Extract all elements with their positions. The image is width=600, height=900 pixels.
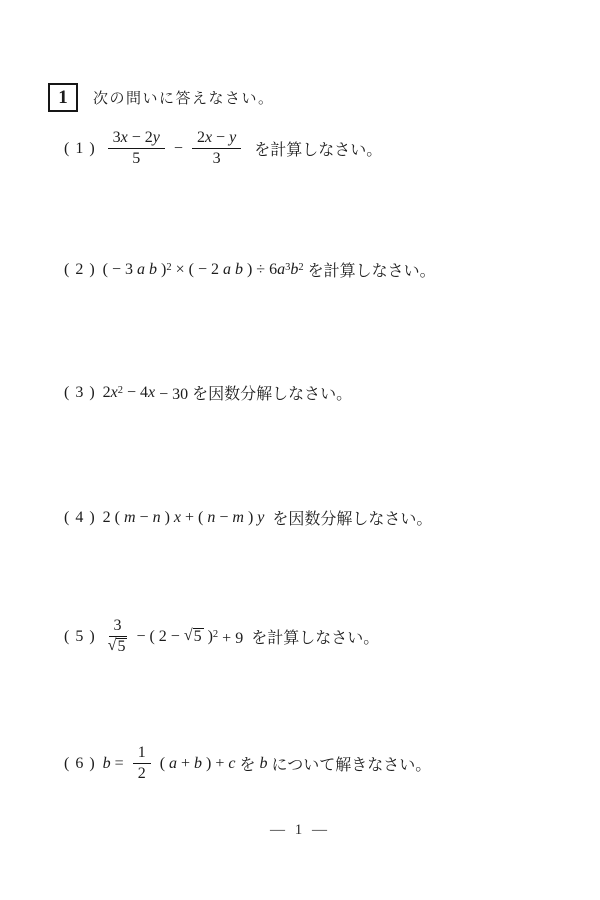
math-text: について解きなさい。 <box>268 752 432 775</box>
section-number-box: 1 <box>48 83 78 112</box>
math-square-root: √5 <box>108 638 128 656</box>
math-text: − 4 <box>123 384 148 402</box>
math-variable: x <box>174 509 181 527</box>
math-text: − ( 2 − <box>132 628 183 646</box>
math-variable: m <box>232 509 244 527</box>
math-text: 2 ( <box>103 509 124 527</box>
problem-number: ( 5 ) <box>64 628 96 646</box>
math-variable: x <box>111 384 118 402</box>
math-variable: x <box>148 384 155 402</box>
math-text: ) <box>161 509 174 527</box>
problem-expression: 2 ( m − n ) x + ( n − m ) y を因数分解しなさい。 <box>103 506 433 529</box>
problem-expression: ( − 3 a b )2 × ( − 2 a b ) ÷ 6a3b2 を計算しな… <box>103 258 436 281</box>
math-variable: n <box>153 509 161 527</box>
math-fraction: 2x − y3 <box>192 129 241 169</box>
problem-number: ( 3 ) <box>64 384 96 402</box>
math-text: 2 <box>103 384 111 402</box>
math-variable: b <box>194 755 202 773</box>
math-variable: y <box>153 129 160 147</box>
math-text: − <box>212 129 229 147</box>
page-number: — 1 — <box>0 822 600 839</box>
math-text: 5 <box>132 150 140 168</box>
math-text: ) ÷ 6 <box>243 261 277 279</box>
fraction-numerator: 1 <box>133 744 151 764</box>
math-text: 3 <box>113 129 121 147</box>
radical-sign: √ <box>184 628 193 645</box>
math-variable: m <box>124 509 136 527</box>
math-text: − 30 を因数分解しなさい。 <box>155 381 352 404</box>
math-variable: x <box>205 129 212 147</box>
math-text: − <box>170 140 187 158</box>
math-variable: y <box>257 509 264 527</box>
math-text: 3 <box>213 150 221 168</box>
math-variable: a <box>137 261 145 279</box>
math-text: + <box>177 755 194 773</box>
fraction-numerator: 3x − 2y <box>108 129 165 149</box>
math-text: 2 <box>138 765 146 783</box>
math-square-root: √5 <box>184 628 204 646</box>
math-variable: b <box>235 261 243 279</box>
radicand: 5 <box>193 628 204 646</box>
math-text: + ( <box>181 509 207 527</box>
math-text: 2 <box>197 129 205 147</box>
problem-row: ( 6 )b = 12 ( a + b ) + c を b について解きなさい。 <box>64 744 431 784</box>
math-text: を因数分解しなさい。 <box>264 506 432 529</box>
math-text: ( − 3 <box>103 261 137 279</box>
math-text: 3 <box>114 617 122 635</box>
math-variable: b <box>103 755 111 773</box>
fraction-denominator: 5 <box>132 149 140 168</box>
problem-expression: 3√5 − ( 2 − √5 )2 + 9 を計算しなさい。 <box>103 617 380 656</box>
problem-row: ( 5 )3√5 − ( 2 − √5 )2 + 9 を計算しなさい。 <box>64 617 379 656</box>
math-text: = <box>111 755 128 773</box>
problem-number: ( 2 ) <box>64 261 96 279</box>
radicand: 5 <box>116 638 127 656</box>
math-variable: n <box>207 509 215 527</box>
math-text: − <box>136 509 153 527</box>
problem-number: ( 1 ) <box>64 140 96 158</box>
math-text: ) <box>244 509 257 527</box>
math-variable: a <box>223 261 231 279</box>
problem-row: ( 3 )2x2 − 4x − 30 を因数分解しなさい。 <box>64 381 352 404</box>
math-text: − 2 <box>128 129 153 147</box>
math-fraction: 12 <box>133 744 151 784</box>
fraction-numerator: 3 <box>109 617 127 637</box>
section-title: 次の問いに答えなさい。 <box>93 87 275 108</box>
problem-expression: b = 12 ( a + b ) + c を b について解きなさい。 <box>103 744 432 784</box>
fraction-denominator: 3 <box>213 149 221 168</box>
math-text: − <box>215 509 232 527</box>
math-variable: b <box>260 755 268 773</box>
problem-row: ( 4 )2 ( m − n ) x + ( n − m ) y を因数分解しな… <box>64 506 432 529</box>
problem-expression: 3x − 2y5 − 2x − y3 を計算しなさい。 <box>103 129 383 169</box>
fraction-numerator: 2x − y <box>192 129 241 149</box>
math-variable: x <box>121 129 128 147</box>
math-variable: b <box>149 261 157 279</box>
math-fraction: 3√5 <box>108 617 128 656</box>
math-text: × ( − 2 <box>172 261 223 279</box>
math-text: + 9 を計算しなさい。 <box>218 625 379 648</box>
math-text: を計算しなさい。 <box>246 137 382 160</box>
fraction-denominator: 2 <box>138 764 146 783</box>
section-header: 1 次の問いに答えなさい。 <box>48 83 275 112</box>
math-text: ( <box>156 755 169 773</box>
math-text: ) <box>157 261 166 279</box>
math-variable: y <box>229 129 236 147</box>
math-text: を計算しなさい。 <box>304 258 436 281</box>
math-text: 1 <box>138 744 146 762</box>
problem-number: ( 4 ) <box>64 509 96 527</box>
problem-number: ( 6 ) <box>64 755 96 773</box>
math-text: ) + <box>202 755 228 773</box>
math-fraction: 3x − 2y5 <box>108 129 165 169</box>
math-variable: a <box>277 261 285 279</box>
radical-sign: √ <box>108 638 117 655</box>
problem-expression: 2x2 − 4x − 30 を因数分解しなさい。 <box>103 381 353 404</box>
problem-row: ( 2 )( − 3 a b )2 × ( − 2 a b ) ÷ 6a3b2 … <box>64 258 436 281</box>
math-text: を <box>236 752 260 775</box>
math-variable: c <box>228 755 235 773</box>
fraction-denominator: √5 <box>108 637 128 656</box>
problem-row: ( 1 )3x − 2y5 − 2x − y3 を計算しなさい。 <box>64 129 382 169</box>
math-text: ) <box>204 628 213 646</box>
math-variable: b <box>290 261 298 279</box>
math-variable: a <box>169 755 177 773</box>
